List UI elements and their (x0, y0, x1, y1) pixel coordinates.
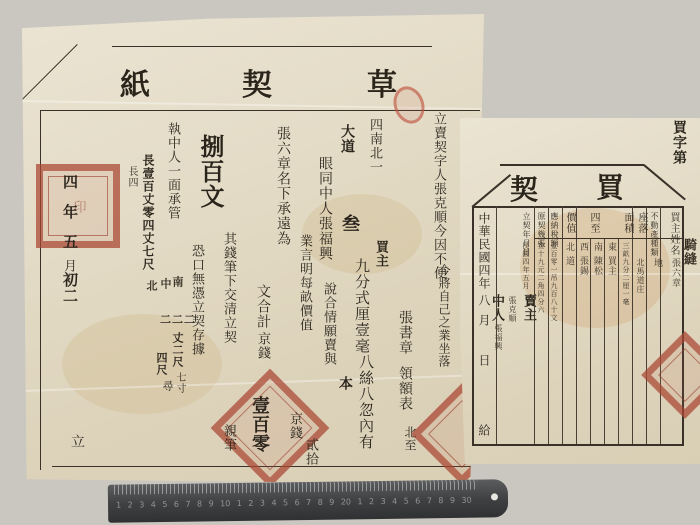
text-qi-cun: 七寸 (174, 372, 184, 394)
text-col-qiqian: 其錢筆下交清立契 (222, 232, 235, 344)
text-south: 南 (172, 276, 183, 288)
ruler-numbers: 123456789101234567892012345678930 (116, 496, 472, 510)
diamond-seal-stamp-right-deed (641, 331, 700, 419)
value-area: 三畝九分二厘一毫 (622, 242, 629, 306)
value-bound-east: 東 買主 (606, 242, 615, 276)
date-char-si: 四 (62, 174, 77, 190)
text-yibailing: 壹百零 (250, 396, 268, 453)
text-xun: 尋 (162, 380, 173, 392)
value-contract-date: 民國四年五月 (522, 242, 529, 290)
seller-name: 張克順 (508, 296, 516, 323)
signature-li: 立 (70, 434, 84, 449)
date-char-yue: 月 (62, 259, 75, 273)
left-deed-title-char-3: 草 (367, 60, 397, 104)
text-col-yeyan: 業言明每畝價值 (298, 234, 311, 332)
text-middle: 中 (160, 278, 171, 290)
text-north: 北 (146, 280, 157, 292)
date-day-label: 日 (478, 354, 490, 367)
text-si-chi: 四尺 (156, 352, 167, 376)
header-location: 座落 (636, 212, 646, 234)
value-bound-south: 南 陳松 (592, 242, 601, 276)
text-col-basi: 八絲八忽內有 (358, 354, 373, 450)
large-amount-text: 捌百文 (198, 134, 222, 209)
value-bound-north: 北 道 (564, 242, 573, 266)
text-ben: 本 (338, 376, 352, 391)
text-lingebiao: 領額表 (398, 366, 412, 411)
text-col-zhangliuzhang: 張六章名下承遠為 (276, 126, 290, 246)
date-char-nian: 年 (62, 204, 77, 220)
right-deed-paper: 買字第 契 買 中華民國四年 八 月 日 給 賣主 張克順 中人 張福興 買主姓… (460, 118, 700, 464)
right-deed-title-char-mai: 買 (596, 166, 624, 206)
side-note-maizidi: 買字第 (672, 120, 686, 165)
header-buyer-name: 買主姓名 (668, 212, 678, 256)
text-measure-short: 長四 (126, 166, 136, 188)
text-col-zhizhong: 執中人一面承管 (166, 122, 179, 220)
header-property-type: 不動產種類 (650, 212, 658, 257)
date-char-wu: 五 (62, 234, 77, 250)
text-measure-long: 長壹百丈零四丈七尺 (142, 154, 154, 271)
text-qinbi: 親筆 (222, 424, 235, 452)
date-char-chuer: 初二 (62, 272, 77, 304)
text-zhangshuzhang: 張書章 (398, 310, 412, 355)
value-buyer: 張六章 (670, 258, 679, 288)
text-zhang-er-chi: 丈二尺 (172, 332, 183, 368)
header-area: 面積 (622, 212, 632, 234)
text-col-sinanbei: 四南北一 (368, 118, 381, 174)
text-col-shuohe: 說合情願賣與 (322, 282, 335, 366)
text-col-kongkou: 恐口無憑立契存據 (190, 244, 203, 356)
side-stamp: 騎縫 (682, 238, 695, 266)
text-col-jiufen: 九分式厘壹毫 (354, 258, 369, 354)
steel-ruler: 123456789101234567892012345678930 (108, 479, 508, 523)
header-bounds: 四至 (588, 212, 598, 234)
value-property-type: 地 (652, 258, 661, 268)
value-location: 北馬道庄 (636, 258, 644, 294)
ruler-ticks (114, 480, 478, 495)
text-col-limaiqi: 立賣契字人張克順今因不便 (432, 112, 445, 280)
text-col-jingqian-2: 京錢 (256, 332, 269, 360)
date-line: 中華民國四年 (478, 212, 490, 290)
text-jingqian: 京錢 (288, 412, 301, 440)
right-deed-title-char-qi: 契 (510, 168, 538, 208)
ruler-hang-hole (491, 493, 498, 500)
text-ershi: 貳拾 (304, 438, 317, 466)
value-tax: 叁十九元二角四分六 (537, 242, 544, 314)
value-bound-west: 西 張錫 (578, 242, 587, 276)
text-san: 叁 (340, 214, 358, 233)
text-maizhu: 買主 (374, 240, 387, 268)
text-col-wenheji: 文合計 (256, 284, 270, 329)
date-issue-label: 給 (478, 424, 490, 437)
text-col-zhongren: 眼同中人張福興 (318, 156, 332, 261)
text-col-dadao: 大道 (340, 124, 354, 154)
left-deed-title-char-2: 契 (242, 60, 272, 104)
text-col-jinjiang: 今將自己之業坐落 (438, 264, 450, 368)
left-deed-title-char-1: 紙 (120, 60, 150, 104)
value-price: 壹百零一吊九百八十文 (550, 242, 557, 322)
left-deed-paper: 紙 契 草 印 四 年 五 月 初二 立 長壹百丈零四丈七尺 長四 南 中 北 … (22, 14, 484, 484)
header-price: 價值 (564, 212, 574, 234)
